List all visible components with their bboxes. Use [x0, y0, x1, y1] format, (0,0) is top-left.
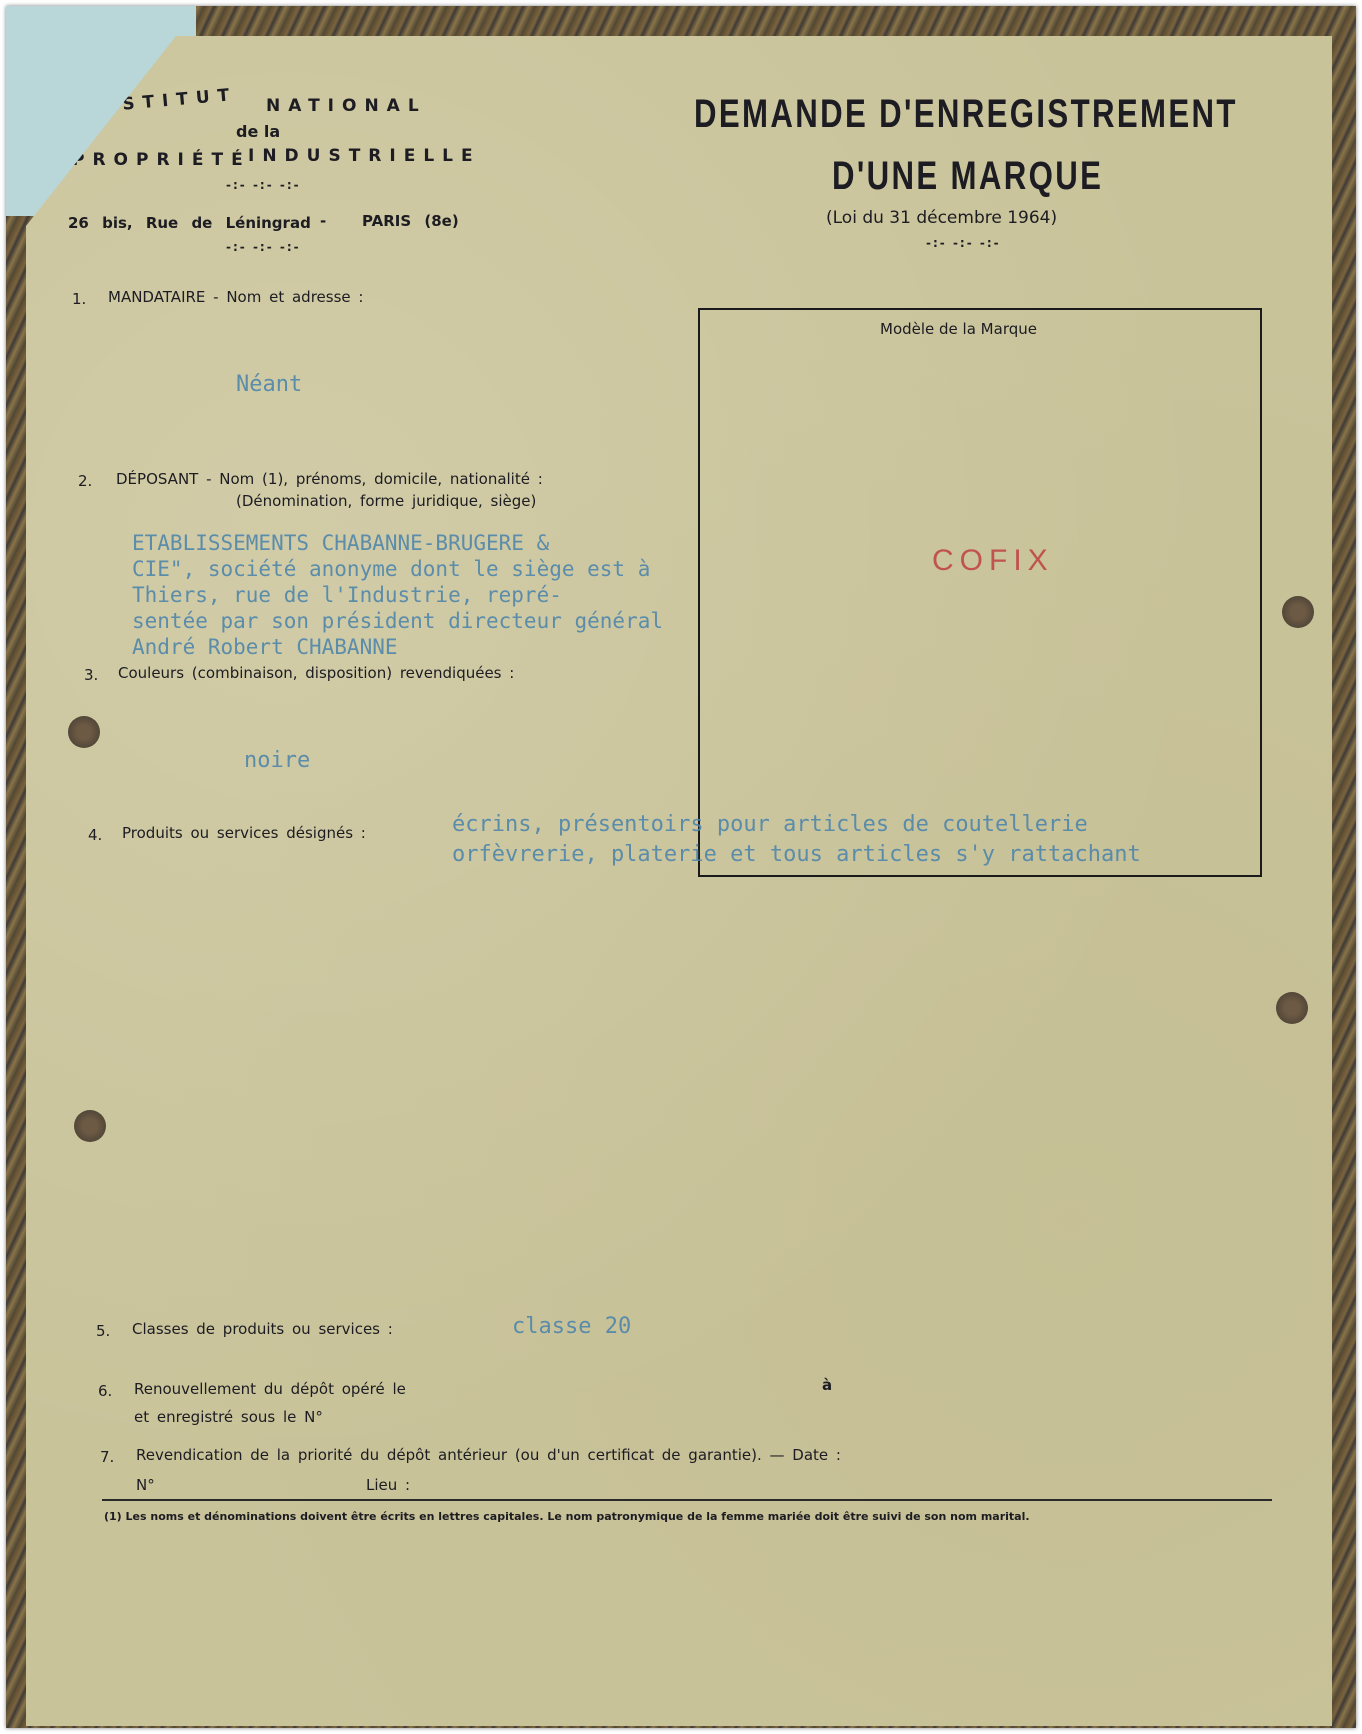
field7-place-label: Lieu : — [366, 1476, 410, 1494]
field2-value-line: sentée par son président directeur génér… — [132, 608, 663, 634]
field6-number: 6. — [98, 1382, 112, 1400]
field2-value-line: ETABLISSEMENTS CHABANNE-BRUGERE & — [132, 530, 663, 556]
field5-value: classe 20 — [512, 1314, 631, 1339]
field2-value: ETABLISSEMENTS CHABANNE-BRUGERE & CIE", … — [132, 530, 663, 660]
field7-number-label: N° — [136, 1476, 155, 1494]
institute-name-line3-right: INDUSTRIELLE — [248, 146, 481, 166]
field2-value-line: CIE", société anonyme dont le siège est … — [132, 556, 663, 582]
punch-hole — [74, 1110, 106, 1142]
field3-number: 3. — [84, 666, 98, 684]
field7-label: Revendication de la priorité du dépôt an… — [136, 1446, 841, 1464]
field2-number: 2. — [78, 472, 92, 490]
footnote: (1) Les noms et dénominations doivent êt… — [104, 1510, 1030, 1523]
field5-number: 5. — [96, 1322, 110, 1340]
form-title-line2: D'UNE MARQUE — [832, 154, 1103, 199]
field1-label: MANDATAIRE - Nom et adresse : — [108, 288, 363, 306]
field4-number: 4. — [88, 826, 102, 844]
field4-value-line: écrins, présentoirs pour articles de cou… — [452, 810, 1141, 840]
trademark-mark: COFIX — [932, 544, 1054, 578]
field2-value-line: André Robert CHABANNE — [132, 634, 663, 660]
institute-address-street: 26 bis, Rue de Léningrad — [68, 214, 311, 232]
photo-background: INSTITUT NATIONAL de la PROPRIÉTÉ INDUST… — [6, 6, 1356, 1728]
institute-address-city: PARIS (8e) — [362, 212, 459, 230]
form-title-line1: DEMANDE D'ENREGISTREMENT — [694, 92, 1238, 137]
field4-value: écrins, présentoirs pour articles de cou… — [452, 810, 1141, 870]
field3-label: Couleurs (combinaison, disposition) reve… — [118, 664, 514, 682]
footnote-rule — [102, 1499, 1272, 1501]
title-ornament: -:- -:- -:- — [926, 236, 1001, 250]
field7-number: 7. — [100, 1448, 114, 1466]
punch-hole — [1276, 992, 1308, 1024]
header-ornament: -:- -:- -:- — [226, 178, 301, 192]
field2-label: DÉPOSANT - Nom (1), prénoms, domicile, n… — [116, 470, 543, 488]
field1-number: 1. — [72, 290, 86, 308]
punch-hole — [68, 716, 100, 748]
field2-sublabel: (Dénomination, forme juridique, siège) — [236, 492, 536, 510]
institute-name-line1-right: NATIONAL — [266, 96, 427, 116]
address-dash: - — [320, 212, 326, 230]
institute-name-line2: de la — [236, 122, 280, 141]
model-box-title: Modèle de la Marque — [880, 320, 1037, 338]
trademark-model-box: Modèle de la Marque COFIX — [698, 308, 1262, 877]
field4-label: Produits ou services désignés : — [122, 824, 366, 842]
punch-hole — [1282, 596, 1314, 628]
field6-label-line2: et enregistré sous le N° — [134, 1408, 323, 1426]
field3-value: noire — [244, 748, 310, 773]
address-ornament: -:- -:- -:- — [226, 240, 301, 254]
field5-label: Classes de produits ou services : — [132, 1320, 393, 1338]
field1-value: Néant — [236, 372, 302, 397]
field4-value-line: orfèvrerie, platerie et tous articles s'… — [452, 840, 1141, 870]
field6-at: à — [822, 1376, 832, 1394]
form-law-reference: (Loi du 31 décembre 1964) — [826, 208, 1057, 228]
field2-value-line: Thiers, rue de l'Industrie, repré- — [132, 582, 663, 608]
field6-label-line1: Renouvellement du dépôt opéré le — [134, 1380, 406, 1398]
institute-name-line3-left: PROPRIÉTÉ — [72, 150, 251, 170]
form-sheet: INSTITUT NATIONAL de la PROPRIÉTÉ INDUST… — [26, 36, 1332, 1726]
